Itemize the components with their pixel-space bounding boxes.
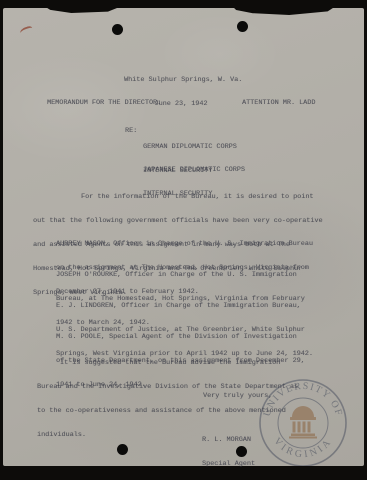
signature-name: R. L. MORGAN: [202, 436, 255, 444]
signature-block: R. L. MORGAN Special Agent: [202, 420, 255, 480]
memo-heading: MEMORANDUM FOR THE DIRECTOR:: [47, 99, 161, 107]
typed-line: JOSEPH O'ROURKE, Officer in Charge of th…: [56, 271, 305, 279]
punch-hole-bottom-left: [117, 444, 128, 455]
typed-line: Bureau and the Investigative Division of…: [37, 383, 298, 391]
typed-line: For the information of the Bureau, it is…: [33, 193, 323, 201]
letterhead: White Sulphur Springs, W. Va. June 23, 1…: [124, 60, 238, 124]
punch-hole-top-left: [112, 24, 123, 35]
typed-line: AUBREY MASON, Officer in Charge of the U…: [56, 240, 313, 248]
signature-title: Special Agent: [202, 460, 255, 468]
scanned-memo-page: White Sulphur Springs, W. Va. June 23, 1…: [0, 0, 367, 480]
typed-line: M. G. POOLE, Special Agent of the Divisi…: [56, 333, 305, 341]
letterhead-location: White Sulphur Springs, W. Va.: [124, 76, 238, 84]
punch-hole-top-right: [237, 21, 248, 32]
memo-attention: ATTENTION MR. LADD: [242, 99, 315, 107]
punch-hole-bottom-right: [236, 446, 247, 457]
typed-line: to the co-operativeness and assistance o…: [37, 407, 298, 415]
re-subject-2-line-1: JAPANESE DIPLOMATIC CORPS: [143, 166, 245, 174]
re-label: RE:: [125, 127, 137, 135]
typed-line: individuals.: [37, 431, 298, 439]
typed-line: E. J. LINDGREN, Officer in Charge of the…: [56, 302, 313, 310]
valediction: Very truly yours,: [203, 392, 272, 400]
typed-line: It is suggested that the Bureau advise t…: [37, 359, 298, 367]
